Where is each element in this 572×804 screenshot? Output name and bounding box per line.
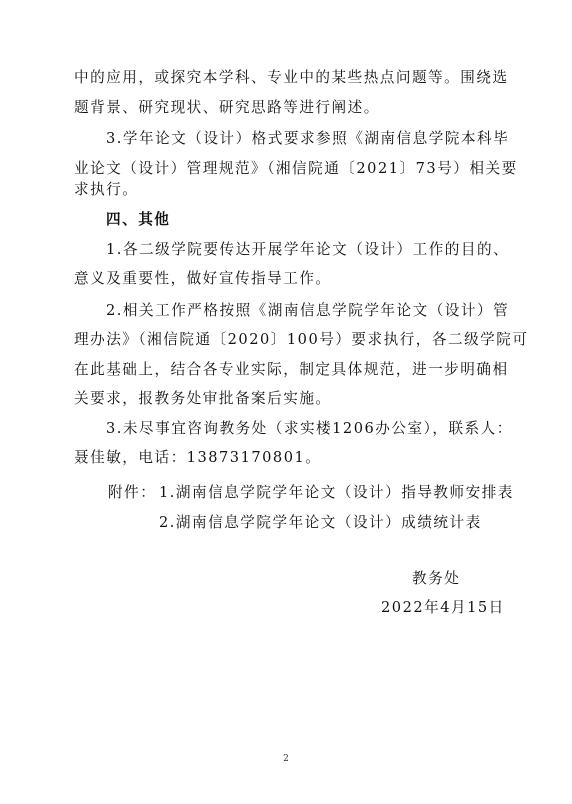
body-text-line: 3.未尽事宜咨询教务处（求实楼1206办公室），联系人： [106, 419, 513, 439]
body-text-line: 理办法》（湘信院通〔2020〕100号）要求执行，各二级学院可 [74, 330, 528, 350]
body-text-line: 关要求，报教务处审批备案后实施。 [74, 389, 332, 409]
body-text-line: 3.学年论文（设计）格式要求参照《湖南信息学院本科毕 [106, 129, 509, 149]
body-text-line: 在此基础上，结合各专业实际，制定具体规范，进一步明确相 [74, 360, 509, 380]
body-text-line: 业论文（设计）管理规范》（湘信院通〔2021〕73号）相关要 [74, 159, 518, 179]
page-number: 2 [0, 754, 572, 764]
body-text-line: 2.相关工作严格按照《湖南信息学院学年论文（设计）管 [106, 301, 509, 321]
body-text-line: 聂佳敏，电话：13873170801。 [74, 448, 321, 468]
body-text-line: 意义及重要性，做好宣传指导工作。 [74, 269, 332, 289]
issue-date: 2022年4月15日 [381, 598, 505, 618]
body-text-line: 求执行。 [74, 180, 138, 200]
issuer-signature: 教务处 [412, 569, 460, 589]
section-heading: 四、其他 [106, 210, 170, 230]
body-text-line: 1.各二级学院要传达开展学年论文（设计）工作的目的、 [106, 240, 509, 260]
body-text-line: 题背景、研究现状、研究思路等进行阐述。 [74, 98, 380, 118]
body-text-line: 中的应用，或探究本学科、专业中的某些热点问题等。围绕选 [74, 68, 509, 88]
attachments-label: 附件： [108, 483, 156, 503]
attachment-item: 1.湖南信息学院学年论文（设计）指导教师安排表 [159, 483, 514, 503]
attachment-item: 2.湖南信息学院学年论文（设计）成绩统计表 [159, 513, 482, 533]
